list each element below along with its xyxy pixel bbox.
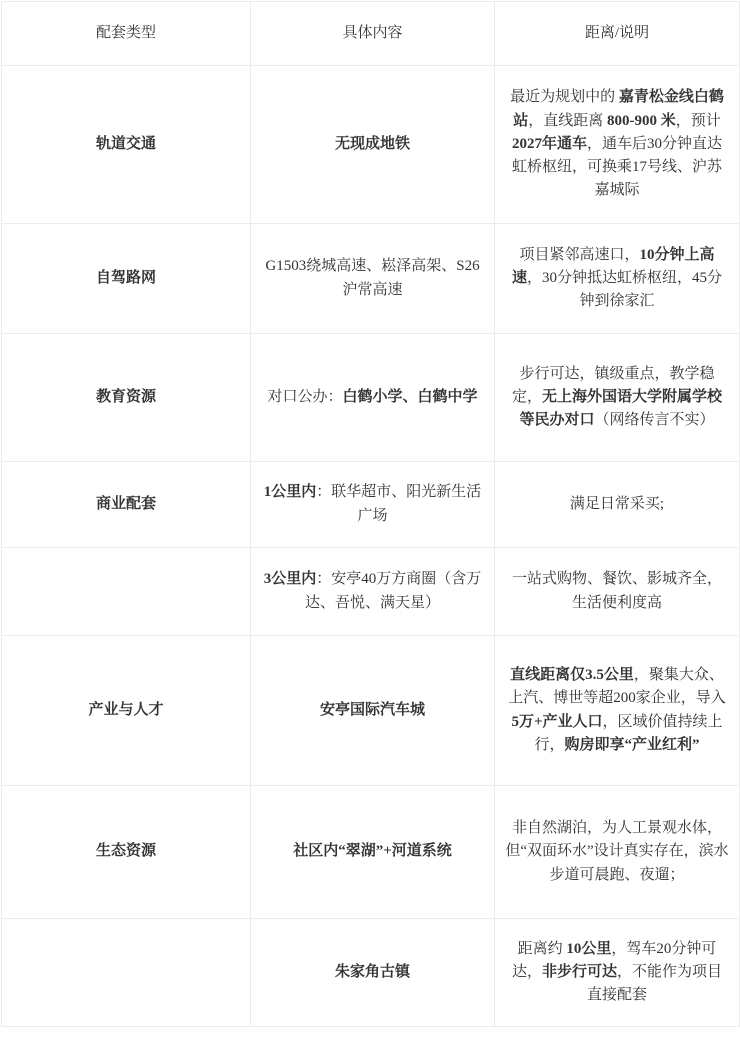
header-facility-type: 配套类型 [2, 2, 251, 66]
cell-note: 最近为规划中的 嘉青松金线白鹤站，直线距离 800-900 米，预计 2027年… [495, 66, 740, 224]
table-row-driving-roads: 自驾路网 G1503绕城高速、崧泽高架、S26沪常高速 项目紧邻高速口，10分钟… [2, 224, 740, 334]
cell-note: 满足日常采买; [495, 462, 740, 548]
cell-type: 产业与人才 [2, 636, 251, 786]
cell-content: 3公里内：安亭40万方商圈（含万达、吾悦、满天星） [251, 548, 495, 636]
table-row-rail-transit: 轨道交通 无现成地铁 最近为规划中的 嘉青松金线白鹤站，直线距离 800-900… [2, 66, 740, 224]
cell-note: 距离约 10公里，驾车20分钟可达，非步行可达，不能作为项目直接配套 [495, 919, 740, 1027]
cell-type: 教育资源 [2, 334, 251, 462]
cell-note: 步行可达，镇级重点，教学稳定，无上海外国语大学附属学校等民办对口（网络传言不实） [495, 334, 740, 462]
table-row-industry-talent: 产业与人才 安亭国际汽车城 直线距离仅3.5公里，聚集大众、上汽、博世等超200… [2, 636, 740, 786]
header-distance-note: 距离/说明 [495, 2, 740, 66]
table-row-commercial-3km: 3公里内：安亭40万方商圈（含万达、吾悦、满天星） 一站式购物、餐饮、影城齐全，… [2, 548, 740, 636]
cell-type: 轨道交通 [2, 66, 251, 224]
cell-note: 项目紧邻高速口，10分钟上高速，30分钟抵达虹桥枢纽，45分钟到徐家汇 [495, 224, 740, 334]
cell-note: 直线距离仅3.5公里，聚集大众、上汽、博世等超200家企业，导入5万+产业人口，… [495, 636, 740, 786]
table-row-zhujiajiao: 朱家角古镇 距离约 10公里，驾车20分钟可达，非步行可达，不能作为项目直接配套 [2, 919, 740, 1027]
cell-type [2, 548, 251, 636]
cell-content: 安亭国际汽车城 [251, 636, 495, 786]
cell-type [2, 919, 251, 1027]
table-row-education: 教育资源 对口公办：白鹤小学、白鹤中学 步行可达，镇级重点，教学稳定，无上海外国… [2, 334, 740, 462]
cell-type: 自驾路网 [2, 224, 251, 334]
table-row-ecology: 生态资源 社区内“翠湖”+河道系统 非自然湖泊，为人工景观水体，但“双面环水”设… [2, 786, 740, 919]
table-row-commercial-1km: 商业配套 1公里内：联华超市、阳光新生活广场 满足日常采买; [2, 462, 740, 548]
cell-content: G1503绕城高速、崧泽高架、S26沪常高速 [251, 224, 495, 334]
amenities-table: 配套类型 具体内容 距离/说明 轨道交通 无现成地铁 最近为规划中的 嘉青松金线… [1, 1, 740, 1027]
table-header-row: 配套类型 具体内容 距离/说明 [2, 2, 740, 66]
cell-type: 生态资源 [2, 786, 251, 919]
header-details: 具体内容 [251, 2, 495, 66]
cell-content: 无现成地铁 [251, 66, 495, 224]
cell-content: 1公里内：联华超市、阳光新生活广场 [251, 462, 495, 548]
cell-content: 朱家角古镇 [251, 919, 495, 1027]
cell-content: 社区内“翠湖”+河道系统 [251, 786, 495, 919]
cell-content: 对口公办：白鹤小学、白鹤中学 [251, 334, 495, 462]
cell-note: 一站式购物、餐饮、影城齐全，生活便利度高 [495, 548, 740, 636]
cell-note: 非自然湖泊，为人工景观水体，但“双面环水”设计真实存在，滨水步道可晨跑、夜遛； [495, 786, 740, 919]
cell-type: 商业配套 [2, 462, 251, 548]
